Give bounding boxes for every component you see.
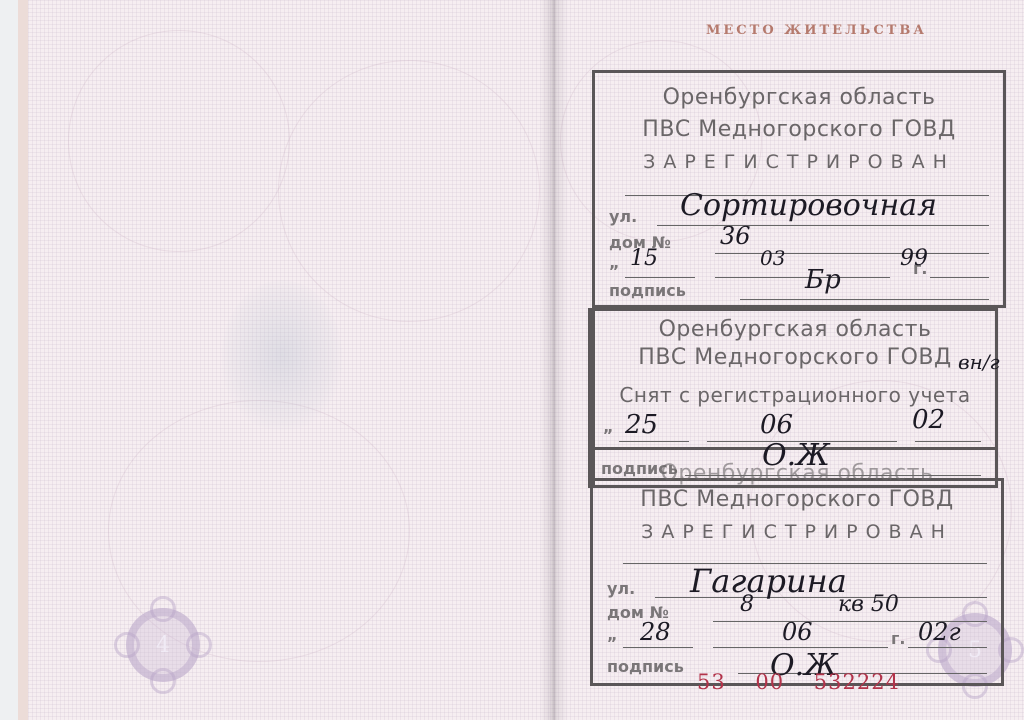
handwritten-day: 25 xyxy=(625,410,658,440)
handwritten-year: 02г xyxy=(918,618,961,646)
handwritten-month: 03 xyxy=(760,246,785,270)
stamp-region: Оренбургская область xyxy=(593,461,1001,486)
street-label: ул. xyxy=(609,207,637,226)
stamp-status: Снят с регистрационного учета xyxy=(595,383,995,407)
signature-label: подпись xyxy=(609,281,686,300)
handwritten-year: 02 xyxy=(912,405,945,435)
book-spine xyxy=(540,0,568,720)
signature: Бр xyxy=(805,265,841,295)
stamp-status: ЗАРЕГИСТРИРОВАН xyxy=(593,521,1001,543)
watermark-portrait xyxy=(222,280,342,430)
handwritten-street: Гагарина xyxy=(690,562,847,600)
handwritten-month: 06 xyxy=(760,410,793,440)
street-label: ул. xyxy=(607,579,635,598)
handwritten-day: 15 xyxy=(630,246,658,271)
guilloche-pattern xyxy=(68,30,290,252)
stamp-office: ПВС Медногорского ГОВД xyxy=(595,117,1003,142)
section-heading: МЕСТО ЖИТЕЛЬСТВА xyxy=(706,23,927,38)
handwritten-day: 28 xyxy=(640,618,671,646)
signature-label: подпись xyxy=(607,657,684,676)
guilloche-pattern xyxy=(278,60,540,322)
handwritten-house: 8 xyxy=(740,592,754,617)
handwritten-year: 99 xyxy=(900,246,928,271)
handwritten-month: 06 xyxy=(782,618,813,646)
stamp-status: ЗАРЕГИСТРИРОВАН xyxy=(595,151,1003,173)
page-number-emblem: 4 xyxy=(118,600,208,690)
stamp-region: Оренбургская область xyxy=(595,85,1003,110)
handwritten-house: 36 xyxy=(720,222,751,250)
year-label: г. xyxy=(891,629,905,648)
handwritten-annotation: вн/г xyxy=(958,350,1000,374)
stamp-office: ПВС Медногорского ГОВД xyxy=(593,487,1001,512)
passport-serial-number: 53 00 532224 xyxy=(697,670,900,694)
handwritten-apartment: кв 50 xyxy=(838,592,899,617)
stamp-region: Оренбургская область xyxy=(595,317,995,342)
page-number: 4 xyxy=(156,633,170,658)
stamp-office: ПВС Медногорского ГОВД xyxy=(595,345,995,370)
handwritten-street: Сортировочная xyxy=(680,188,937,223)
